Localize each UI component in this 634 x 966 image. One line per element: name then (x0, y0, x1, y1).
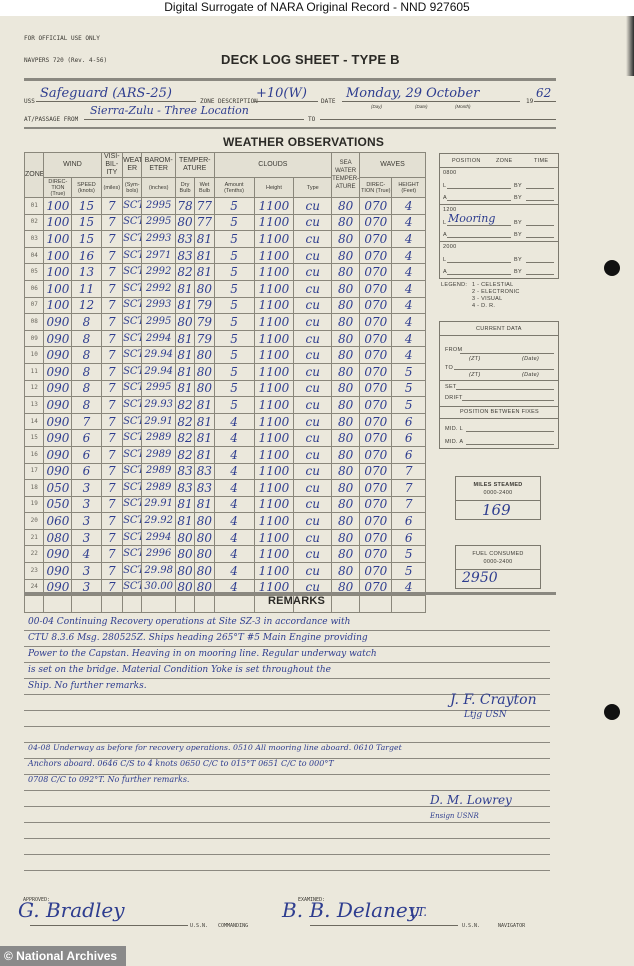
barometer-cell[interactable]: 29.91 (142, 496, 175, 513)
cloud-amount-cell[interactable]: 5 (214, 363, 254, 380)
sea-water-temp-cell[interactable]: 80 (332, 546, 360, 563)
weather-symbol-cell[interactable]: SCT (123, 496, 142, 513)
wind-speed-cell[interactable]: 13 (72, 264, 101, 281)
wave-height-cell[interactable]: 4 (392, 264, 426, 281)
cloud-height-cell[interactable]: 1100 (254, 563, 294, 580)
cloud-height-cell[interactable]: 1100 (254, 496, 294, 513)
latitude-field[interactable] (447, 262, 511, 263)
wind-direction-cell[interactable]: 100 (44, 214, 72, 231)
cloud-amount-cell[interactable]: 4 (214, 480, 254, 497)
cloud-height-cell[interactable]: 1100 (254, 397, 294, 414)
cloud-amount-cell[interactable]: 5 (214, 198, 254, 215)
cloud-amount-cell[interactable]: 4 (214, 546, 254, 563)
barometer-cell[interactable]: 29.93 (142, 397, 175, 414)
latitude-field[interactable] (447, 225, 511, 226)
cloud-height-cell[interactable]: 1100 (254, 380, 294, 397)
wind-speed-cell[interactable]: 4 (72, 546, 101, 563)
empty-cell[interactable] (332, 596, 360, 613)
by-field[interactable] (526, 237, 554, 238)
wind-direction-cell[interactable]: 090 (44, 430, 72, 447)
cloud-amount-cell[interactable]: 4 (214, 463, 254, 480)
cloud-height-cell[interactable]: 1100 (254, 363, 294, 380)
visibility-cell[interactable]: 7 (101, 198, 123, 215)
wave-height-cell[interactable]: 4 (392, 297, 426, 314)
cloud-height-cell[interactable]: 1100 (254, 314, 294, 331)
wet-bulb-cell[interactable]: 81 (195, 264, 214, 281)
sea-water-temp-cell[interactable]: 80 (332, 380, 360, 397)
barometer-cell[interactable]: 2992 (142, 280, 175, 297)
dry-bulb-cell[interactable]: 82 (175, 397, 194, 414)
dry-bulb-cell[interactable]: 81 (175, 347, 194, 364)
barometer-cell[interactable]: 29.94 (142, 347, 175, 364)
zone-description-field[interactable]: +10(W) (254, 88, 318, 102)
empty-cell[interactable] (123, 596, 142, 613)
sea-water-temp-cell[interactable]: 80 (332, 463, 360, 480)
barometer-cell[interactable]: 2993 (142, 231, 175, 248)
cloud-amount-cell[interactable]: 4 (214, 413, 254, 430)
wet-bulb-cell[interactable]: 80 (195, 529, 214, 546)
ship-field[interactable]: Safeguard (ARS-25) (36, 88, 196, 102)
fuel-consumed-value[interactable]: 2950 (462, 570, 498, 586)
sea-water-temp-cell[interactable]: 80 (332, 480, 360, 497)
weather-symbol-cell[interactable]: SCT (123, 330, 142, 347)
weather-symbol-cell[interactable]: SCT (123, 280, 142, 297)
wet-bulb-cell[interactable]: 80 (195, 380, 214, 397)
dry-bulb-cell[interactable]: 81 (175, 297, 194, 314)
wind-speed-cell[interactable]: 12 (72, 297, 101, 314)
wave-direction-cell[interactable]: 070 (360, 529, 392, 546)
wind-speed-cell[interactable]: 8 (72, 330, 101, 347)
drift-field[interactable] (462, 400, 554, 401)
weather-symbol-cell[interactable]: SCT (123, 413, 142, 430)
cloud-height-cell[interactable]: 1100 (254, 446, 294, 463)
wet-bulb-cell[interactable]: 79 (195, 330, 214, 347)
cloud-type-cell[interactable]: cu (294, 480, 332, 497)
wind-speed-cell[interactable]: 6 (72, 430, 101, 447)
wave-direction-cell[interactable]: 070 (360, 280, 392, 297)
wave-direction-cell[interactable]: 070 (360, 496, 392, 513)
cloud-type-cell[interactable]: cu (294, 463, 332, 480)
barometer-cell[interactable]: 2994 (142, 529, 175, 546)
wave-height-cell[interactable]: 6 (392, 430, 426, 447)
wind-speed-cell[interactable]: 15 (72, 214, 101, 231)
barometer-cell[interactable]: 2995 (142, 214, 175, 231)
cloud-height-cell[interactable]: 1100 (254, 347, 294, 364)
barometer-cell[interactable]: 29.91 (142, 413, 175, 430)
weather-symbol-cell[interactable]: SCT (123, 463, 142, 480)
wind-direction-cell[interactable]: 050 (44, 480, 72, 497)
cloud-type-cell[interactable]: cu (294, 297, 332, 314)
cloud-amount-cell[interactable]: 5 (214, 347, 254, 364)
wind-direction-cell[interactable]: 090 (44, 347, 72, 364)
wave-height-cell[interactable]: 5 (392, 546, 426, 563)
weather-symbol-cell[interactable]: SCT (123, 513, 142, 530)
cloud-type-cell[interactable]: cu (294, 513, 332, 530)
wave-height-cell[interactable]: 5 (392, 363, 426, 380)
set-field[interactable] (456, 389, 554, 390)
visibility-cell[interactable]: 7 (101, 413, 123, 430)
wind-speed-cell[interactable]: 7 (72, 413, 101, 430)
cloud-amount-cell[interactable]: 4 (214, 529, 254, 546)
empty-cell[interactable] (101, 596, 123, 613)
empty-cell[interactable] (44, 596, 72, 613)
barometer-cell[interactable]: 29.94 (142, 363, 175, 380)
cloud-type-cell[interactable]: cu (294, 247, 332, 264)
cloud-amount-cell[interactable]: 5 (214, 247, 254, 264)
wet-bulb-cell[interactable]: 83 (195, 480, 214, 497)
sea-water-temp-cell[interactable]: 80 (332, 397, 360, 414)
cloud-height-cell[interactable]: 1100 (254, 214, 294, 231)
wave-height-cell[interactable]: 7 (392, 496, 426, 513)
barometer-cell[interactable]: 2989 (142, 446, 175, 463)
sea-water-temp-cell[interactable]: 80 (332, 496, 360, 513)
barometer-cell[interactable]: 2993 (142, 297, 175, 314)
visibility-cell[interactable]: 7 (101, 297, 123, 314)
dry-bulb-cell[interactable]: 78 (175, 198, 194, 215)
barometer-cell[interactable]: 29.92 (142, 513, 175, 530)
wave-direction-cell[interactable]: 070 (360, 314, 392, 331)
weather-symbol-cell[interactable]: SCT (123, 546, 142, 563)
cloud-height-cell[interactable]: 1100 (254, 297, 294, 314)
cloud-type-cell[interactable]: cu (294, 280, 332, 297)
wave-direction-cell[interactable]: 070 (360, 363, 392, 380)
dry-bulb-cell[interactable]: 81 (175, 363, 194, 380)
wind-speed-cell[interactable]: 8 (72, 347, 101, 364)
wind-direction-cell[interactable]: 100 (44, 297, 72, 314)
wind-direction-cell[interactable]: 090 (44, 314, 72, 331)
visibility-cell[interactable]: 7 (101, 529, 123, 546)
cloud-type-cell[interactable]: cu (294, 314, 332, 331)
wind-direction-cell[interactable]: 100 (44, 264, 72, 281)
visibility-cell[interactable]: 7 (101, 496, 123, 513)
dry-bulb-cell[interactable]: 82 (175, 413, 194, 430)
dry-bulb-cell[interactable]: 81 (175, 330, 194, 347)
visibility-cell[interactable]: 7 (101, 330, 123, 347)
cloud-type-cell[interactable]: cu (294, 546, 332, 563)
wind-speed-cell[interactable]: 3 (72, 480, 101, 497)
weather-symbol-cell[interactable]: SCT (123, 264, 142, 281)
wave-height-cell[interactable]: 7 (392, 480, 426, 497)
barometer-cell[interactable]: 2995 (142, 380, 175, 397)
weather-symbol-cell[interactable]: SCT (123, 247, 142, 264)
cloud-height-cell[interactable]: 1100 (254, 546, 294, 563)
wet-bulb-cell[interactable]: 80 (195, 563, 214, 580)
wet-bulb-cell[interactable]: 81 (195, 496, 214, 513)
cloud-type-cell[interactable]: cu (294, 347, 332, 364)
wet-bulb-cell[interactable]: 81 (195, 231, 214, 248)
wave-height-cell[interactable]: 7 (392, 463, 426, 480)
dry-bulb-cell[interactable]: 81 (175, 496, 194, 513)
visibility-cell[interactable]: 7 (101, 214, 123, 231)
visibility-cell[interactable]: 7 (101, 563, 123, 580)
wind-direction-cell[interactable]: 090 (44, 397, 72, 414)
cloud-amount-cell[interactable]: 5 (214, 214, 254, 231)
visibility-cell[interactable]: 7 (101, 446, 123, 463)
barometer-cell[interactable]: 2996 (142, 546, 175, 563)
dry-bulb-cell[interactable]: 83 (175, 480, 194, 497)
cloud-height-cell[interactable]: 1100 (254, 413, 294, 430)
empty-cell[interactable] (360, 596, 392, 613)
cloud-height-cell[interactable]: 1100 (254, 330, 294, 347)
from-field[interactable] (460, 353, 554, 354)
wet-bulb-cell[interactable]: 81 (195, 430, 214, 447)
wind-speed-cell[interactable]: 15 (72, 231, 101, 248)
dry-bulb-cell[interactable]: 83 (175, 231, 194, 248)
wave-height-cell[interactable]: 4 (392, 347, 426, 364)
weather-symbol-cell[interactable]: SCT (123, 563, 142, 580)
empty-cell[interactable] (214, 596, 254, 613)
cloud-amount-cell[interactable]: 4 (214, 563, 254, 580)
cloud-amount-cell[interactable]: 4 (214, 430, 254, 447)
sea-water-temp-cell[interactable]: 80 (332, 264, 360, 281)
sea-water-temp-cell[interactable]: 80 (332, 247, 360, 264)
dry-bulb-cell[interactable]: 81 (175, 280, 194, 297)
sea-water-temp-cell[interactable]: 80 (332, 413, 360, 430)
cloud-type-cell[interactable]: cu (294, 231, 332, 248)
cloud-amount-cell[interactable]: 5 (214, 231, 254, 248)
wind-direction-cell[interactable]: 090 (44, 413, 72, 430)
sea-water-temp-cell[interactable]: 80 (332, 314, 360, 331)
wind-speed-cell[interactable]: 6 (72, 446, 101, 463)
wind-speed-cell[interactable]: 3 (72, 496, 101, 513)
cloud-amount-cell[interactable]: 5 (214, 280, 254, 297)
wave-direction-cell[interactable]: 070 (360, 231, 392, 248)
wind-speed-cell[interactable]: 16 (72, 247, 101, 264)
wind-direction-cell[interactable]: 090 (44, 463, 72, 480)
wave-height-cell[interactable]: 4 (392, 247, 426, 264)
wind-speed-cell[interactable]: 3 (72, 529, 101, 546)
weather-symbol-cell[interactable]: SCT (123, 198, 142, 215)
mid-a-field[interactable] (466, 444, 554, 445)
sea-water-temp-cell[interactable]: 80 (332, 347, 360, 364)
wind-speed-cell[interactable]: 6 (72, 463, 101, 480)
weather-symbol-cell[interactable]: SCT (123, 430, 142, 447)
latitude-field[interactable] (447, 188, 511, 189)
visibility-cell[interactable]: 7 (101, 546, 123, 563)
cloud-type-cell[interactable]: cu (294, 430, 332, 447)
sea-water-temp-cell[interactable]: 80 (332, 198, 360, 215)
wet-bulb-cell[interactable]: 77 (195, 198, 214, 215)
weather-symbol-cell[interactable]: SCT (123, 380, 142, 397)
wind-direction-cell[interactable]: 090 (44, 563, 72, 580)
cloud-type-cell[interactable]: cu (294, 563, 332, 580)
empty-cell[interactable] (142, 596, 175, 613)
barometer-cell[interactable]: 2995 (142, 314, 175, 331)
cloud-type-cell[interactable]: cu (294, 363, 332, 380)
weather-symbol-cell[interactable]: SCT (123, 480, 142, 497)
sea-water-temp-cell[interactable]: 80 (332, 563, 360, 580)
barometer-cell[interactable]: 2992 (142, 264, 175, 281)
longitude-field[interactable] (447, 200, 511, 201)
wind-direction-cell[interactable]: 090 (44, 330, 72, 347)
weather-symbol-cell[interactable]: SCT (123, 314, 142, 331)
sea-water-temp-cell[interactable]: 80 (332, 297, 360, 314)
wave-direction-cell[interactable]: 070 (360, 330, 392, 347)
wind-direction-cell[interactable]: 060 (44, 513, 72, 530)
wet-bulb-cell[interactable]: 83 (195, 463, 214, 480)
wet-bulb-cell[interactable]: 81 (195, 446, 214, 463)
date-field[interactable]: Monday, 29 October (342, 88, 520, 102)
visibility-cell[interactable]: 7 (101, 363, 123, 380)
wind-direction-cell[interactable]: 090 (44, 446, 72, 463)
empty-cell[interactable] (72, 596, 101, 613)
sea-water-temp-cell[interactable]: 80 (332, 513, 360, 530)
cloud-height-cell[interactable]: 1100 (254, 247, 294, 264)
cloud-amount-cell[interactable]: 5 (214, 397, 254, 414)
weather-symbol-cell[interactable]: SCT (123, 297, 142, 314)
wet-bulb-cell[interactable]: 80 (195, 513, 214, 530)
wind-speed-cell[interactable]: 8 (72, 363, 101, 380)
wave-direction-cell[interactable]: 070 (360, 446, 392, 463)
dry-bulb-cell[interactable]: 83 (175, 247, 194, 264)
wind-speed-cell[interactable]: 15 (72, 198, 101, 215)
cloud-type-cell[interactable]: cu (294, 397, 332, 414)
dry-bulb-cell[interactable]: 83 (175, 463, 194, 480)
visibility-cell[interactable]: 7 (101, 264, 123, 281)
visibility-cell[interactable]: 7 (101, 247, 123, 264)
cloud-amount-cell[interactable]: 4 (214, 496, 254, 513)
cloud-type-cell[interactable]: cu (294, 413, 332, 430)
sea-water-temp-cell[interactable]: 80 (332, 214, 360, 231)
wave-height-cell[interactable]: 4 (392, 198, 426, 215)
weather-symbol-cell[interactable]: SCT (123, 397, 142, 414)
visibility-cell[interactable]: 7 (101, 280, 123, 297)
wet-bulb-cell[interactable]: 80 (195, 280, 214, 297)
wave-height-cell[interactable]: 4 (392, 280, 426, 297)
dry-bulb-cell[interactable]: 80 (175, 214, 194, 231)
wave-direction-cell[interactable]: 070 (360, 347, 392, 364)
cloud-amount-cell[interactable]: 5 (214, 264, 254, 281)
visibility-cell[interactable]: 7 (101, 347, 123, 364)
cloud-height-cell[interactable]: 1100 (254, 264, 294, 281)
wave-height-cell[interactable]: 5 (392, 563, 426, 580)
wet-bulb-cell[interactable]: 80 (195, 546, 214, 563)
cloud-height-cell[interactable]: 1100 (254, 231, 294, 248)
dry-bulb-cell[interactable]: 80 (175, 529, 194, 546)
barometer-cell[interactable]: 2989 (142, 480, 175, 497)
cloud-amount-cell[interactable]: 4 (214, 513, 254, 530)
cloud-type-cell[interactable]: cu (294, 330, 332, 347)
empty-cell[interactable] (175, 596, 194, 613)
visibility-cell[interactable]: 7 (101, 397, 123, 414)
visibility-cell[interactable]: 7 (101, 463, 123, 480)
wet-bulb-cell[interactable]: 79 (195, 314, 214, 331)
dry-bulb-cell[interactable]: 80 (175, 563, 194, 580)
wind-speed-cell[interactable]: 8 (72, 397, 101, 414)
wet-bulb-cell[interactable]: 79 (195, 297, 214, 314)
at-passage-from-field[interactable]: Sierra-Zulu - Three Location (84, 106, 304, 120)
wave-height-cell[interactable]: 6 (392, 413, 426, 430)
cloud-type-cell[interactable]: cu (294, 496, 332, 513)
wave-direction-cell[interactable]: 070 (360, 264, 392, 281)
wave-direction-cell[interactable]: 070 (360, 198, 392, 215)
wave-height-cell[interactable]: 5 (392, 380, 426, 397)
barometer-cell[interactable]: 2994 (142, 330, 175, 347)
wet-bulb-cell[interactable]: 81 (195, 247, 214, 264)
mid-l-field[interactable] (466, 431, 554, 432)
wind-speed-cell[interactable]: 8 (72, 380, 101, 397)
wave-direction-cell[interactable]: 070 (360, 463, 392, 480)
dry-bulb-cell[interactable]: 82 (175, 264, 194, 281)
barometer-cell[interactable]: 29.98 (142, 563, 175, 580)
empty-cell[interactable] (25, 596, 44, 613)
cloud-height-cell[interactable]: 1100 (254, 463, 294, 480)
wet-bulb-cell[interactable]: 77 (195, 214, 214, 231)
wave-direction-cell[interactable]: 070 (360, 430, 392, 447)
wave-height-cell[interactable]: 6 (392, 529, 426, 546)
wind-direction-cell[interactable]: 090 (44, 546, 72, 563)
weather-symbol-cell[interactable]: SCT (123, 214, 142, 231)
sea-water-temp-cell[interactable]: 80 (332, 330, 360, 347)
cloud-type-cell[interactable]: cu (294, 198, 332, 215)
wave-direction-cell[interactable]: 070 (360, 297, 392, 314)
wave-direction-cell[interactable]: 070 (360, 247, 392, 264)
dry-bulb-cell[interactable]: 80 (175, 314, 194, 331)
wind-direction-cell[interactable]: 100 (44, 231, 72, 248)
cloud-type-cell[interactable]: cu (294, 214, 332, 231)
wave-direction-cell[interactable]: 070 (360, 413, 392, 430)
wave-height-cell[interactable]: 6 (392, 446, 426, 463)
wind-direction-cell[interactable]: 050 (44, 496, 72, 513)
weather-symbol-cell[interactable]: SCT (123, 231, 142, 248)
cloud-amount-cell[interactable]: 5 (214, 330, 254, 347)
by-field[interactable] (526, 225, 554, 226)
cloud-type-cell[interactable]: cu (294, 380, 332, 397)
wave-direction-cell[interactable]: 070 (360, 563, 392, 580)
wave-direction-cell[interactable]: 070 (360, 380, 392, 397)
wind-speed-cell[interactable]: 3 (72, 513, 101, 530)
cloud-height-cell[interactable]: 1100 (254, 529, 294, 546)
wind-direction-cell[interactable]: 100 (44, 198, 72, 215)
wind-direction-cell[interactable]: 090 (44, 363, 72, 380)
wind-speed-cell[interactable]: 11 (72, 280, 101, 297)
weather-symbol-cell[interactable]: SCT (123, 446, 142, 463)
barometer-cell[interactable]: 2971 (142, 247, 175, 264)
cloud-type-cell[interactable]: cu (294, 264, 332, 281)
sea-water-temp-cell[interactable]: 80 (332, 529, 360, 546)
miles-steamed-value[interactable]: 169 (482, 501, 511, 519)
wind-direction-cell[interactable]: 100 (44, 247, 72, 264)
barometer-cell[interactable]: 2989 (142, 463, 175, 480)
cloud-height-cell[interactable]: 1100 (254, 430, 294, 447)
visibility-cell[interactable]: 7 (101, 314, 123, 331)
cloud-height-cell[interactable]: 1100 (254, 198, 294, 215)
sea-water-temp-cell[interactable]: 80 (332, 280, 360, 297)
dry-bulb-cell[interactable]: 81 (175, 513, 194, 530)
wind-speed-cell[interactable]: 8 (72, 314, 101, 331)
cloud-height-cell[interactable]: 1100 (254, 280, 294, 297)
by-field[interactable] (526, 262, 554, 263)
wave-height-cell[interactable]: 4 (392, 231, 426, 248)
wave-height-cell[interactable]: 6 (392, 513, 426, 530)
cloud-amount-cell[interactable]: 5 (214, 297, 254, 314)
visibility-cell[interactable]: 7 (101, 513, 123, 530)
sea-water-temp-cell[interactable]: 80 (332, 363, 360, 380)
visibility-cell[interactable]: 7 (101, 480, 123, 497)
wave-height-cell[interactable]: 4 (392, 314, 426, 331)
visibility-cell[interactable]: 7 (101, 380, 123, 397)
longitude-field[interactable] (447, 237, 511, 238)
visibility-cell[interactable]: 7 (101, 430, 123, 447)
wave-height-cell[interactable]: 4 (392, 214, 426, 231)
cloud-height-cell[interactable]: 1100 (254, 480, 294, 497)
empty-cell[interactable] (392, 596, 426, 613)
cloud-type-cell[interactable]: cu (294, 446, 332, 463)
wind-speed-cell[interactable]: 3 (72, 563, 101, 580)
wave-direction-cell[interactable]: 070 (360, 214, 392, 231)
barometer-cell[interactable]: 2989 (142, 430, 175, 447)
year-field[interactable]: 62 (534, 88, 556, 102)
